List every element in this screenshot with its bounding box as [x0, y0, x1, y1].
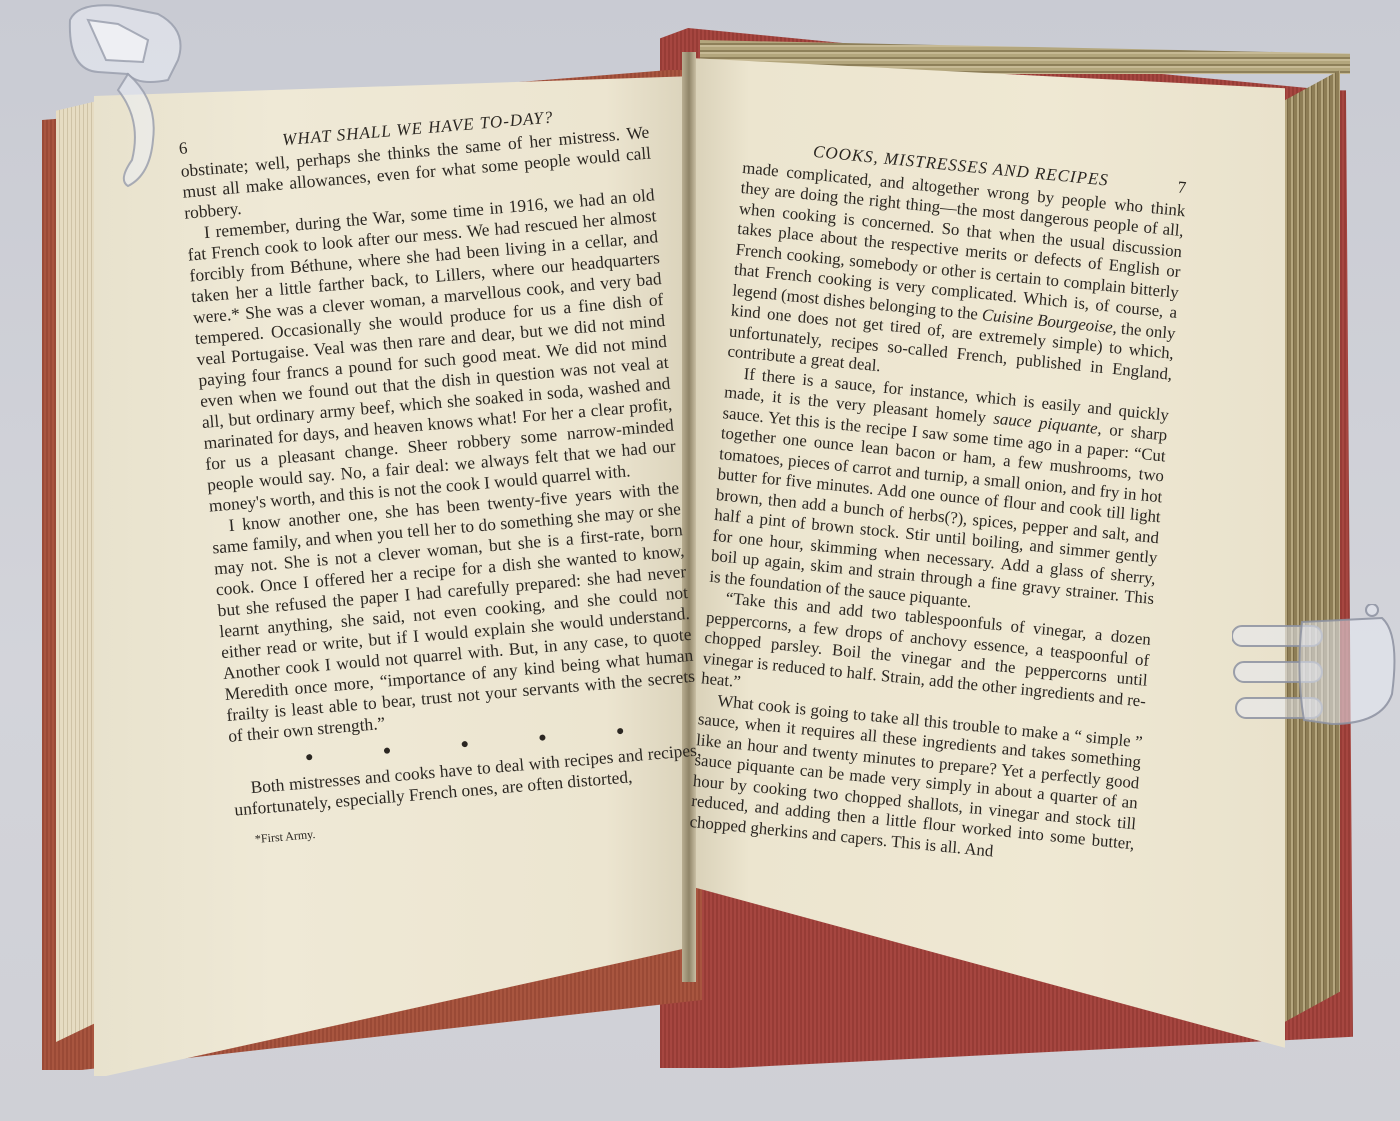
paragraph: If there is a sauce, for instance, which…	[709, 362, 1170, 630]
left-page-text: 6 WHAT SHALL WE HAVE TO-DAY? obstinate; …	[178, 99, 706, 852]
separator-dot	[617, 728, 623, 734]
page-number: 7	[1177, 177, 1188, 198]
book-photo: 6 WHAT SHALL WE HAVE TO-DAY? obstinate; …	[0, 0, 1400, 1121]
paragraph: I remember, during the War, some time in…	[185, 184, 678, 516]
separator-dot	[461, 741, 467, 747]
separator-dot	[539, 734, 545, 740]
page-edges-left	[56, 82, 96, 1042]
plastic-clip-icon	[1232, 604, 1400, 734]
separator-dot	[306, 754, 312, 760]
separator-dot	[384, 747, 390, 753]
book-gutter	[682, 52, 696, 982]
right-page-text: COOKS, MISTRESSES AND RECIPES 7 made com…	[689, 135, 1188, 875]
paragraph: I know another one, she has been twenty-…	[210, 477, 698, 747]
plastic-clip-icon	[58, 0, 198, 190]
